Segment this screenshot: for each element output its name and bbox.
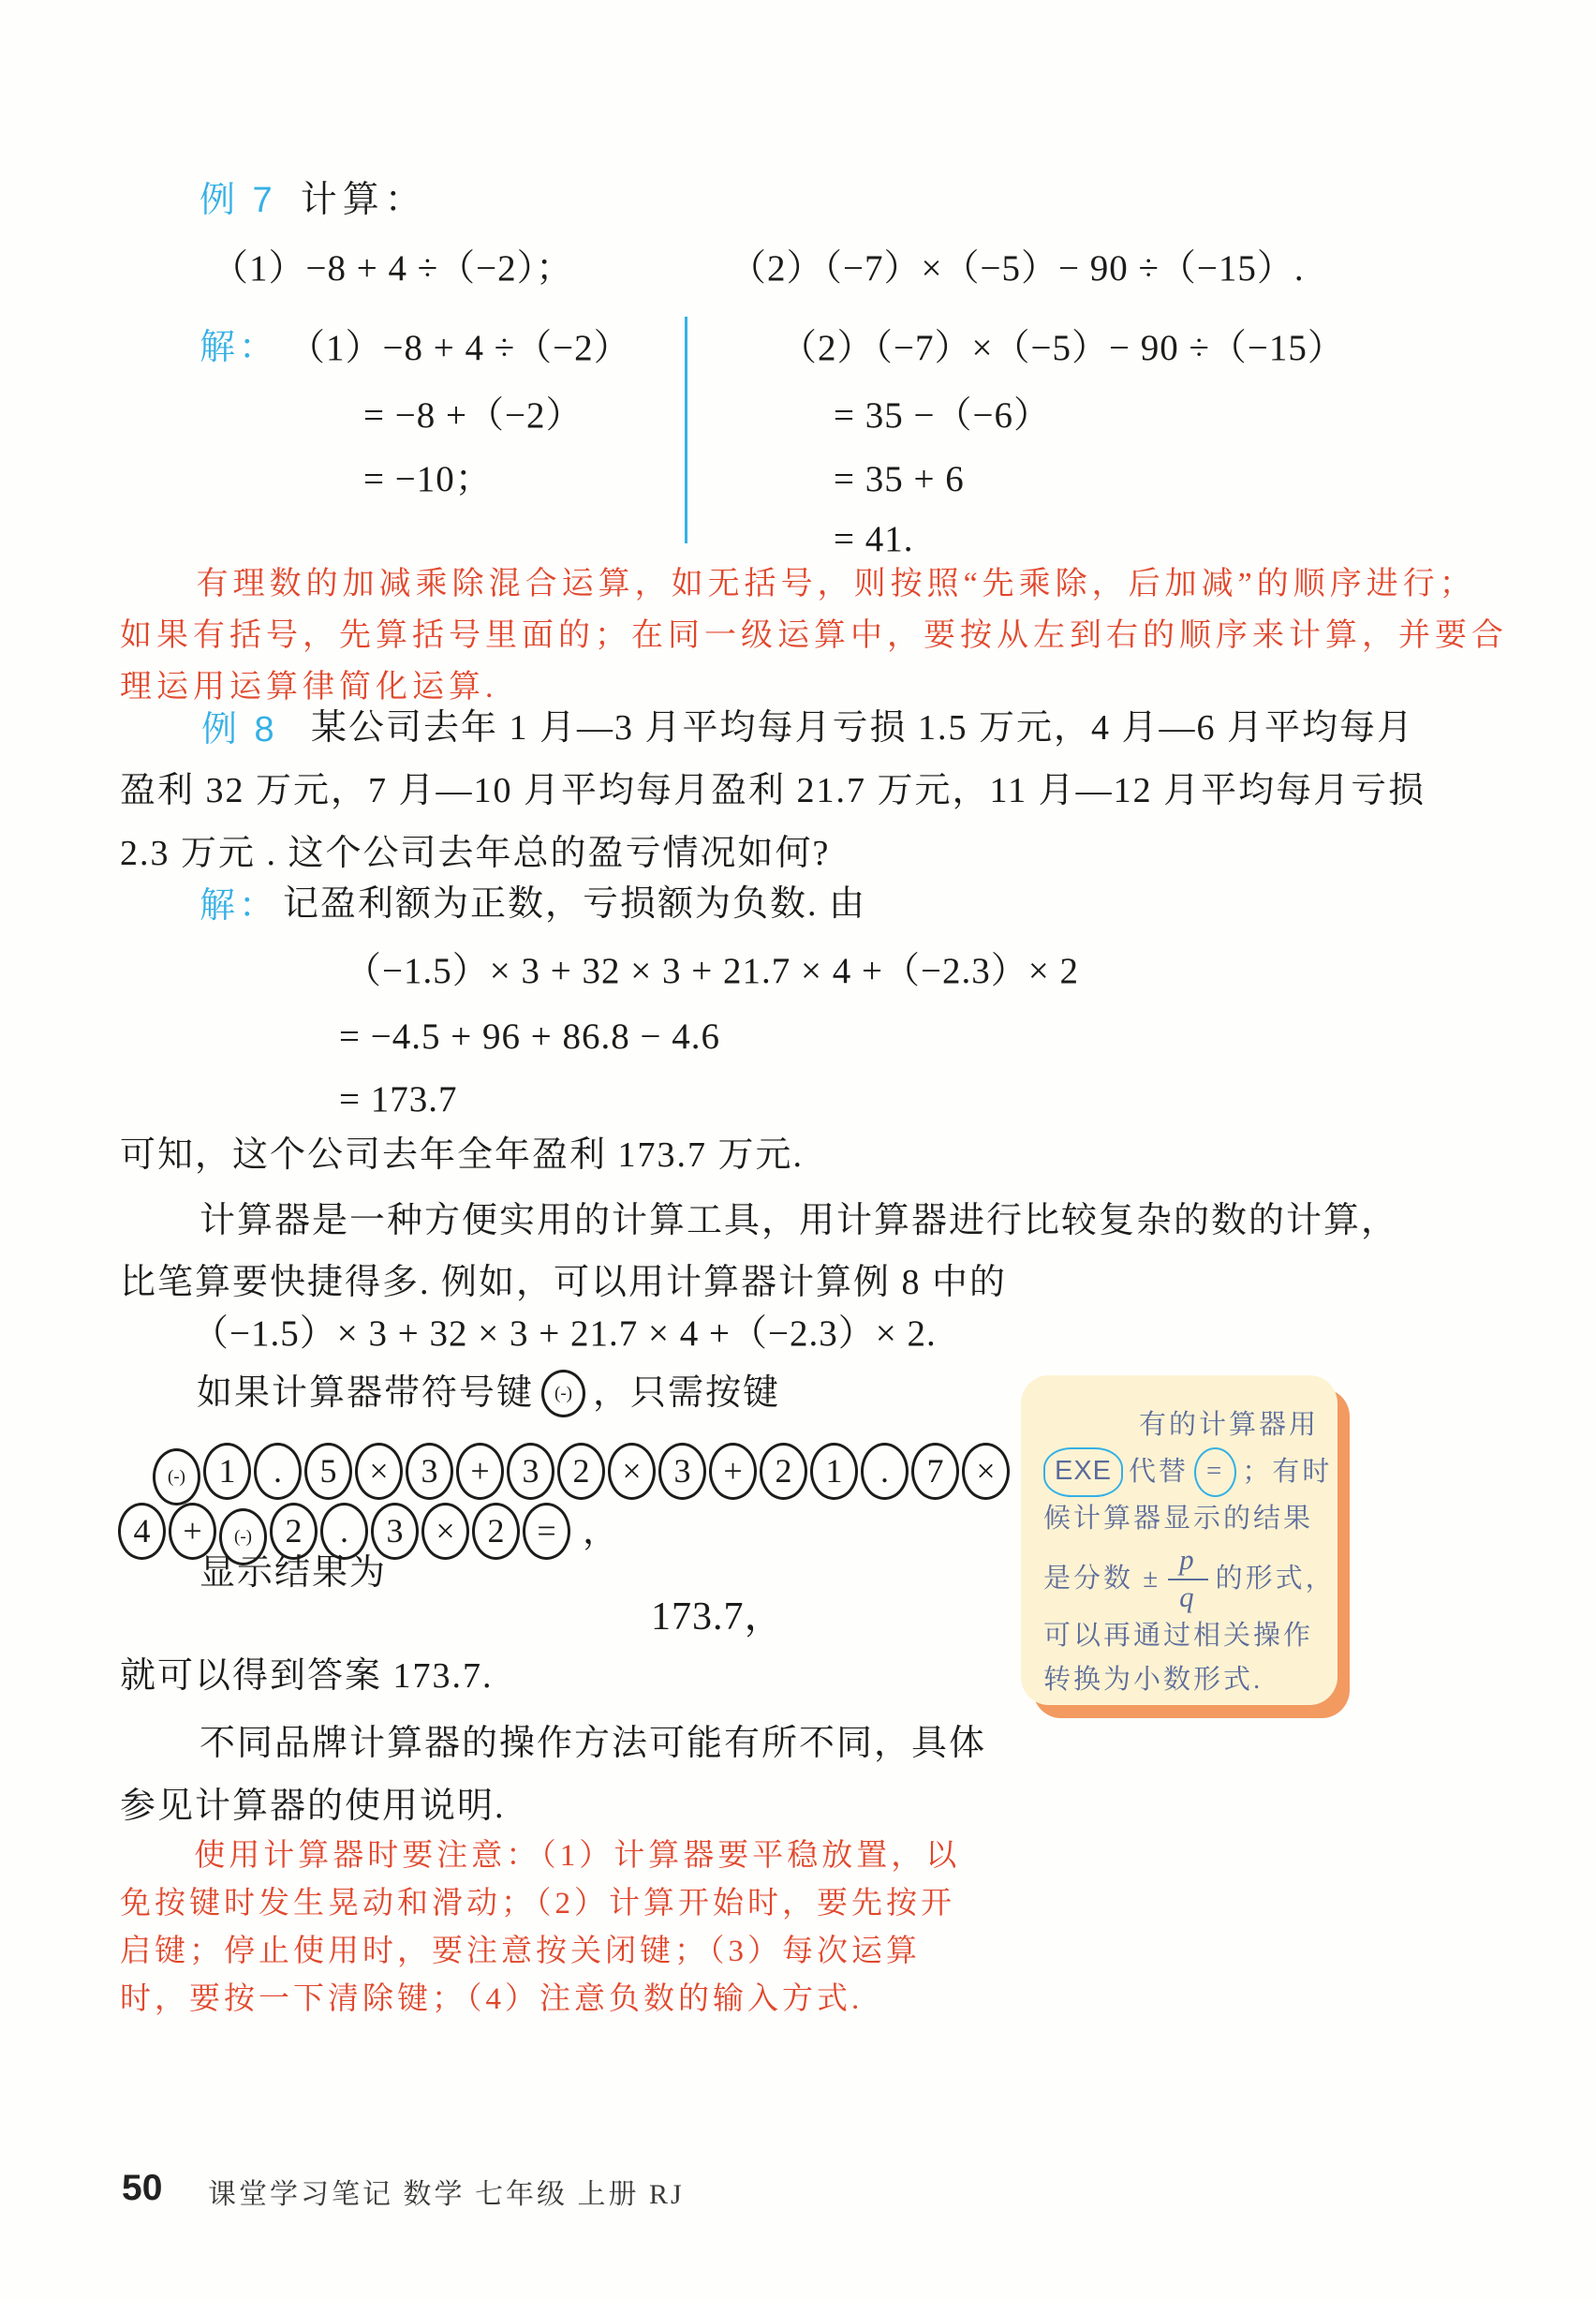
calculator-key: 7 <box>911 1443 959 1500</box>
brands-paragraph-line: 不同品牌计算器的操作方法可能有所不同，具体 <box>199 1724 986 1765</box>
calculator-key: 4 <box>118 1503 166 1560</box>
calculator-paragraph-line: 计算器是一种方便实用的计算工具，用计算器进行比较复杂的数的计算， <box>199 1201 1398 1242</box>
calculator-key: . <box>320 1503 368 1560</box>
key-row-tail-comma: ， <box>583 1512 620 1553</box>
example7-right-step: = 41. <box>834 519 914 561</box>
side-note-text: ；有时 <box>1242 1450 1332 1494</box>
example7-problem-2: （2）（−7）×（−5）− 90 ÷（−15）. <box>730 248 1305 290</box>
fraction-numerator: p <box>1168 1545 1208 1580</box>
calculator-key: × <box>608 1443 656 1500</box>
example8-solution-label: 解： <box>199 886 278 927</box>
footer-book-title: 课堂学习笔记 数学 七年级 上册 RJ <box>208 2179 685 2212</box>
red-note-operations-order: 有理数的加减乘除混合运算，如无括号，则按照“先乘除，后加减”的顺序进行；如果有括… <box>120 558 1508 713</box>
calculator-key: . <box>861 1443 909 1500</box>
sentence-suffix: ，只需按键 <box>593 1373 780 1415</box>
calculator-key: 1 <box>203 1443 251 1500</box>
calculator-key: 1 <box>810 1443 858 1500</box>
example8-text-line: 某公司去年 1 月—3 月平均每月亏损 1.5 万元，4 月—6 月平均每月 <box>311 708 1414 749</box>
side-note-line: 转换为小数形式. <box>1043 1658 1317 1702</box>
calculator-key: 3 <box>406 1443 453 1500</box>
example8-label: 例 8 <box>201 710 278 751</box>
example7-right-step: （2）（−7）×（−5）− 90 ÷（−15） <box>780 328 1345 370</box>
red-note-line: 启键；停止使用时，要注意按关闭键；（3）每次运算 <box>120 1928 960 1976</box>
example7-left-step: （1）−8 + 4 ÷（−2） <box>288 328 631 370</box>
example7-solution-label: 解： <box>199 328 278 369</box>
red-note-line: 如果有括号，先算括号里面的；在同一级运算中，要按从左到右的顺序来计算，并要合 <box>120 610 1508 661</box>
side-note-line: 是分数 ± p q 的形式， <box>1043 1545 1317 1612</box>
calculator-key: + <box>456 1443 504 1500</box>
negative-sign-key-icon: (-) <box>541 1370 585 1417</box>
display-result-value: 173.7， <box>651 1594 785 1639</box>
example8-conclusion: 可知，这个公司去年全年盈利 173.7 万元. <box>120 1135 804 1177</box>
example7-right-step: = 35 + 6 <box>834 459 965 501</box>
red-note-line: 使用计算器时要注意：（1）计算器要平稳放置，以 <box>120 1832 960 1880</box>
negative-key-sentence: 如果计算器带符号键 (-) ，只需按键 <box>197 1370 780 1417</box>
calculator-key: (-) <box>153 1448 200 1505</box>
calculator-key: 3 <box>371 1503 419 1560</box>
example8-text-line: 2.3 万元 . 这个公司去年总的盈亏情况如何? <box>120 834 830 875</box>
side-note-line: 可以再通过相关操作 <box>1043 1614 1317 1658</box>
display-result-intro: 显示结果为 <box>199 1553 387 1594</box>
example8-math-line: = −4.5 + 96 + 86.8 − 4.6 <box>339 1016 720 1059</box>
brands-paragraph-line: 参见计算器的使用说明. <box>120 1787 506 1828</box>
sentence-prefix: 如果计算器带符号键 <box>197 1373 534 1415</box>
calculator-key: 3 <box>658 1443 706 1500</box>
example7-left-step: = −10； <box>363 459 493 501</box>
textbook-page: 例 7计算： （1）−8 + 4 ÷（−2）； （2）（−7）×（−5）− 90… <box>0 0 1596 2299</box>
example8-solution-intro: 记盈利额为正数，亏损额为负数. 由 <box>283 884 866 926</box>
side-note-box: 有的计算器用 EXE 代替 = ；有时 候计算器显示的结果 是分数 ± p q … <box>1021 1375 1337 1705</box>
fraction-denominator: q <box>1179 1580 1197 1613</box>
red-note-line: 有理数的加减乘除混合运算，如无括号，则按照“先乘除，后加减”的顺序进行； <box>120 558 1508 610</box>
example8-text-line: 盈利 32 万元，7 月—10 月平均每月盈利 21.7 万元，11 月—12 … <box>120 771 1426 812</box>
example7-left-step: = −8 +（−2） <box>363 395 583 438</box>
fraction-p-over-q: p q <box>1168 1545 1208 1612</box>
calculator-key: + <box>709 1443 757 1500</box>
red-note-line: 免按键时发生晃动和滑动；（2）计算开始时，要先按开 <box>120 1880 960 1928</box>
calculator-key: × <box>355 1443 403 1500</box>
side-note-text: 是分数 ± <box>1043 1557 1160 1601</box>
side-note-text: 代替 <box>1129 1450 1189 1494</box>
example7-lead: 计算： <box>301 180 427 220</box>
calculator-key: × <box>421 1503 469 1560</box>
red-note-line: 时，要按一下清除键；（4）注意负数的输入方式. <box>120 1976 960 2024</box>
calculator-key: = <box>523 1503 570 1560</box>
example7-heading: 例 7计算： <box>199 180 427 222</box>
side-note-line: 有的计算器用 <box>1043 1403 1317 1447</box>
page-number: 50 <box>122 2168 162 2210</box>
calculator-key: 3 <box>507 1443 554 1500</box>
side-note-text: 的形式， <box>1216 1557 1336 1601</box>
calculator-paragraph-line: 比笔算要快捷得多. 例如，可以用计算器计算例 8 中的 <box>120 1263 1007 1304</box>
example7-right-step: = 35 −（−6） <box>834 395 1051 438</box>
calculator-key: 5 <box>304 1443 352 1500</box>
calculator-key: 2 <box>557 1443 605 1500</box>
calculator-expression: （−1.5）× 3 + 32 × 3 + 21.7 × 4 +（−2.3）× 2… <box>192 1313 937 1356</box>
example7-label: 例 7 <box>199 181 276 220</box>
solution-column-divider <box>685 317 687 543</box>
answer-line: 就可以得到答案 173.7. <box>120 1656 494 1698</box>
calculator-key: 2 <box>472 1503 520 1560</box>
calculator-key: × <box>962 1443 1010 1500</box>
red-note-calculator-tips: 使用计算器时要注意：（1）计算器要平稳放置，以免按键时发生晃动和滑动；（2）计算… <box>120 1832 960 2024</box>
side-note-line: 候计算器显示的结果 <box>1043 1497 1317 1541</box>
equals-key-icon: = <box>1194 1447 1236 1497</box>
calculator-key-row-1: (-)1.5×3+32×3+21.7× <box>153 1443 1012 1505</box>
calculator-key: 2 <box>270 1503 318 1560</box>
calculator-key: 2 <box>760 1443 807 1500</box>
red-note-line: 理运用运算律简化运算. <box>120 661 1508 713</box>
example7-problem-1: （1）−8 + 4 ÷（−2）； <box>212 248 573 290</box>
example8-math-line: = 173.7 <box>339 1079 458 1121</box>
exe-key-icon: EXE <box>1043 1447 1123 1497</box>
example8-math-line: （−1.5）× 3 + 32 × 3 + 21.7 × 4 +（−2.3）× 2 <box>345 951 1079 993</box>
calculator-key: + <box>169 1503 216 1560</box>
side-note-line: EXE 代替 = ；有时 <box>1043 1447 1317 1497</box>
calculator-key: . <box>254 1443 302 1500</box>
